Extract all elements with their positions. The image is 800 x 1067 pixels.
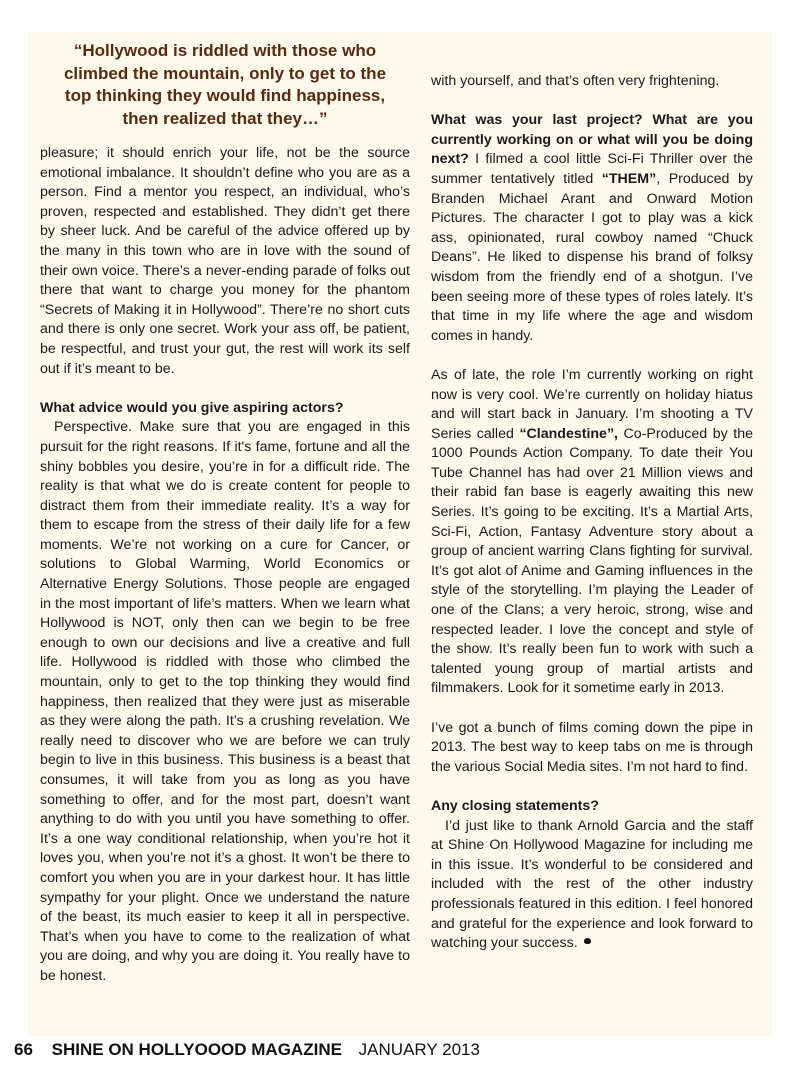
paragraph-spacer (40, 379, 410, 399)
paragraph-spacer (431, 777, 753, 797)
page-number: 66 (14, 1040, 33, 1059)
paragraph-last-project: What was your last project? What are you… (431, 111, 753, 346)
answer-last-project-rest: , Produced by Branden Michael Arant and … (431, 171, 753, 344)
left-column: “Hollywood is riddled with those who cli… (40, 32, 410, 987)
issue-date: JANUARY 2013 (359, 1040, 480, 1059)
page-footer: 66 SHINE ON HOLLYOOOD MAGAZINE JANUARY 2… (14, 1040, 480, 1060)
end-of-article-mark-icon (584, 938, 591, 944)
right-column: with yourself, and that’s often very fri… (431, 72, 753, 954)
question-closing-statements: Any closing statements? (431, 797, 753, 817)
paragraph-spacer (431, 699, 753, 719)
film-title-them: “THEM” (602, 171, 656, 187)
paragraph-current-role: As of late, the role I’m currently worki… (431, 366, 753, 699)
magazine-name: SHINE ON HOLLYOOOD MAGAZINE (52, 1040, 342, 1059)
current-role-rest: Co-Produced by the 1000 Pounds Action Co… (431, 426, 753, 697)
answer-advice-aspiring-actors: Perspective. Make sure that you are enga… (40, 418, 410, 986)
paragraph-mentor-advice: pleasure; it should enrich your life, no… (40, 144, 410, 379)
pull-quote: “Hollywood is riddled with those who cli… (40, 40, 410, 144)
answer-closing-statements: I’d just like to thank Arnold Garcia and… (431, 817, 753, 954)
series-title-clandestine: “Clandestine”, (519, 426, 618, 442)
paragraph-continuation: with yourself, and that’s often very fri… (431, 72, 753, 92)
question-advice-aspiring-actors: What advice would you give aspiring acto… (40, 399, 410, 419)
article-panel: “Hollywood is riddled with those who cli… (28, 32, 772, 1036)
closing-statement-text: I’d just like to thank Arnold Garcia and… (431, 818, 753, 952)
paragraph-spacer (431, 346, 753, 366)
paragraph-spacer (431, 92, 753, 112)
paragraph-upcoming-films: I’ve got a bunch of films coming down th… (431, 719, 753, 778)
